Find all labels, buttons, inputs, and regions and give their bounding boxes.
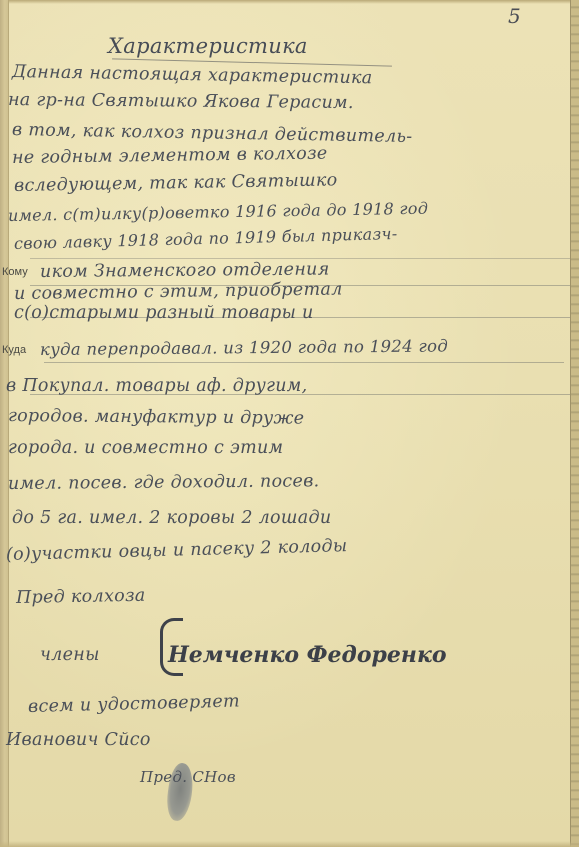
chairman-label: Пред колхоза bbox=[16, 586, 146, 608]
text-line: на гр-на Святышко Якова Герасим. bbox=[8, 90, 354, 113]
text-line: свою лавку 1918 года по 1919 был приказч… bbox=[14, 224, 398, 253]
text-line: (о)участки овцы и пасеку 2 колоды bbox=[6, 536, 348, 565]
witness-name: Иванович Сйсо bbox=[6, 730, 151, 750]
text-line: куда перепродавал. из 1920 года по 1924 … bbox=[40, 336, 448, 359]
printed-label-kuda: Куда bbox=[2, 344, 26, 356]
text-line: с(о)старыми разный товары и bbox=[14, 303, 314, 323]
text-line: городов. мануфактур и друже bbox=[8, 406, 305, 429]
text-line: города. и совместно с этим bbox=[8, 438, 283, 458]
text-line: не годным элементом в колхозе bbox=[12, 144, 328, 168]
form-rule-line bbox=[44, 362, 564, 363]
text-line: до 5 га. имел. 2 коровы 2 лошади bbox=[12, 508, 331, 528]
witness-label: всем и удостоверяет bbox=[28, 691, 240, 717]
page-number: 5 bbox=[508, 4, 521, 28]
printed-label-komu: Кому bbox=[2, 266, 28, 278]
bottom-sheet-edge bbox=[0, 841, 579, 847]
text-line: и совместно с этим, приобретал bbox=[14, 279, 343, 304]
text-line: в Покупал. товары аф. другим, bbox=[6, 376, 307, 396]
right-sheet-edge bbox=[570, 0, 579, 847]
text-line: Данная настоящая характеристика bbox=[12, 62, 373, 88]
document-title: Характеристика bbox=[108, 34, 308, 58]
text-line: вследующем, так как Святышко bbox=[14, 170, 338, 196]
members-signature: Немченко Федоренко bbox=[168, 642, 447, 668]
text-line: в том, как колхоз признал действитель- bbox=[12, 120, 413, 147]
document-page: 5 Характеристика Кому Куда Данная настоя… bbox=[0, 0, 579, 847]
top-fold-shadow bbox=[0, 0, 579, 4]
text-line: имел. посев. где доходил. посев. bbox=[8, 471, 320, 494]
text-line: имел. с(т)илку(р)оветко 1916 года до 191… bbox=[8, 199, 429, 225]
text-line: иком Знаменского отделения bbox=[40, 259, 330, 282]
final-signature: Пред. СНов bbox=[140, 768, 236, 786]
members-label: члены bbox=[40, 645, 100, 665]
